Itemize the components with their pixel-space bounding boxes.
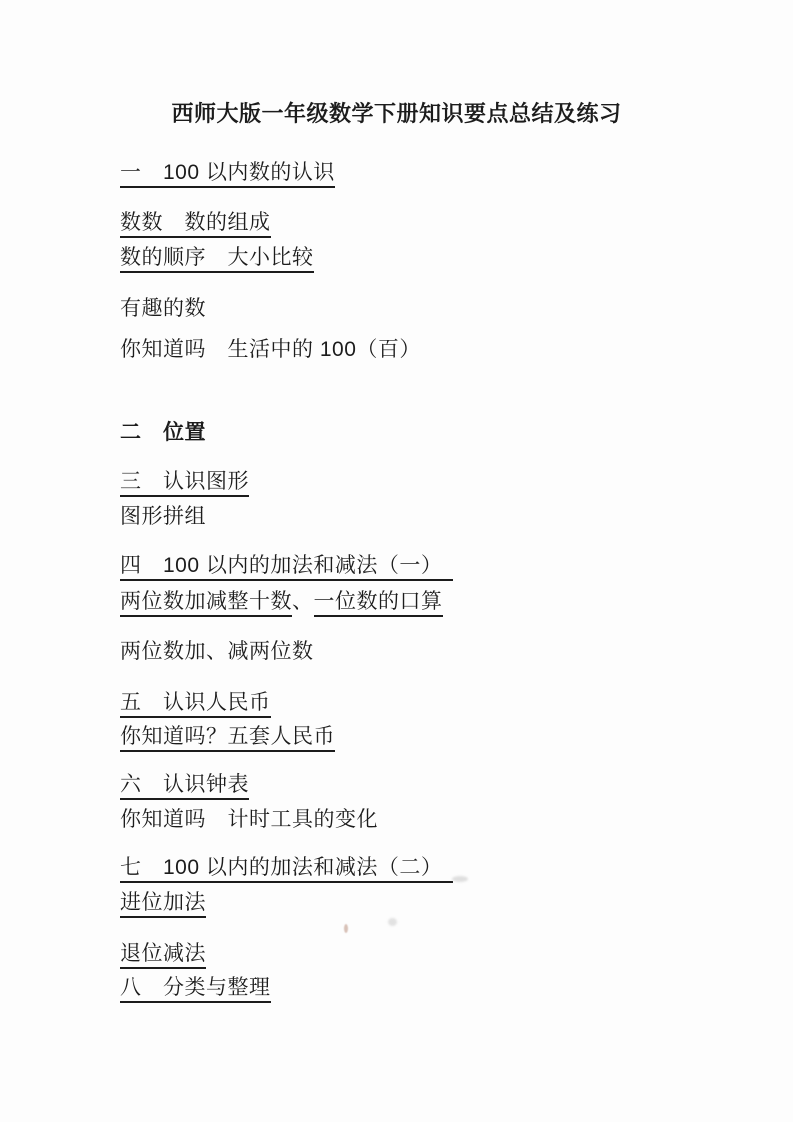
toc-line-text: 你知道吗 生活中的 100（百）	[120, 338, 421, 363]
toc-line-text: 你知道吗 计时工具的变化	[120, 808, 378, 833]
scan-artifact	[388, 918, 397, 926]
toc-line: 六 认识钟表	[120, 772, 249, 797]
toc-line-text: 一 100 以内数的认识	[120, 161, 335, 188]
toc-line: 三 认识图形	[120, 469, 249, 494]
toc-line: 八 分类与整理	[120, 975, 271, 1000]
toc-line-text: 六 认识钟表	[120, 773, 249, 800]
toc-line: 图形拼组	[120, 504, 206, 529]
toc-line-text: 四 100 以内的加法和减法（一）	[120, 554, 453, 581]
scan-artifact	[452, 876, 468, 882]
document-title: 西师大版一年级数学下册知识要点总结及练习	[0, 101, 793, 127]
toc-line-text: 七 100 以内的加法和减法（二）	[120, 856, 453, 883]
toc-line: 二 位置	[120, 420, 206, 445]
toc-line-text: 你知道吗？五套人民币	[120, 725, 335, 752]
toc-line: 你知道吗 计时工具的变化	[120, 807, 378, 832]
toc-line-text: 二 位置	[120, 421, 206, 446]
toc-line-text: 进位加法	[120, 891, 206, 918]
document-page: 西师大版一年级数学下册知识要点总结及练习 一 100 以内数的认识数数 数的组成…	[0, 0, 793, 1122]
scan-artifact	[344, 924, 348, 933]
toc-line: 七 100 以内的加法和减法（二）	[120, 855, 453, 880]
toc-line-text: 一位数的口算	[314, 590, 443, 617]
toc-line-text: 五 认识人民币	[120, 691, 271, 718]
toc-line: 四 100 以内的加法和减法（一）	[120, 553, 453, 578]
toc-line: 你知道吗？五套人民币	[120, 724, 335, 749]
toc-line: 两位数加、减两位数	[120, 639, 314, 664]
toc-line-text: 、	[292, 590, 314, 615]
toc-line: 退位减法	[120, 941, 206, 966]
toc-line-text: 三 认识图形	[120, 470, 249, 497]
toc-line-text: 八 分类与整理	[120, 976, 271, 1003]
toc-line-text: 图形拼组	[120, 505, 206, 530]
toc-line: 进位加法	[120, 890, 206, 915]
toc-line: 你知道吗 生活中的 100（百）	[120, 337, 421, 362]
toc-line: 五 认识人民币	[120, 690, 271, 715]
toc-line-text: 数的顺序 大小比较	[120, 246, 314, 273]
toc-line: 数数 数的组成	[120, 210, 271, 235]
toc-line: 有趣的数	[120, 296, 206, 321]
toc-line-text: 两位数加减整十数	[120, 590, 292, 617]
toc-line-text: 退位减法	[120, 942, 206, 969]
toc-line: 数的顺序 大小比较	[120, 245, 314, 270]
toc-line: 两位数加减整十数、一位数的口算	[120, 589, 443, 614]
toc-line-text: 有趣的数	[120, 297, 206, 322]
toc-line-text: 两位数加、减两位数	[120, 640, 314, 665]
toc-line: 一 100 以内数的认识	[120, 160, 335, 185]
toc-line-text: 数数 数的组成	[120, 211, 271, 238]
